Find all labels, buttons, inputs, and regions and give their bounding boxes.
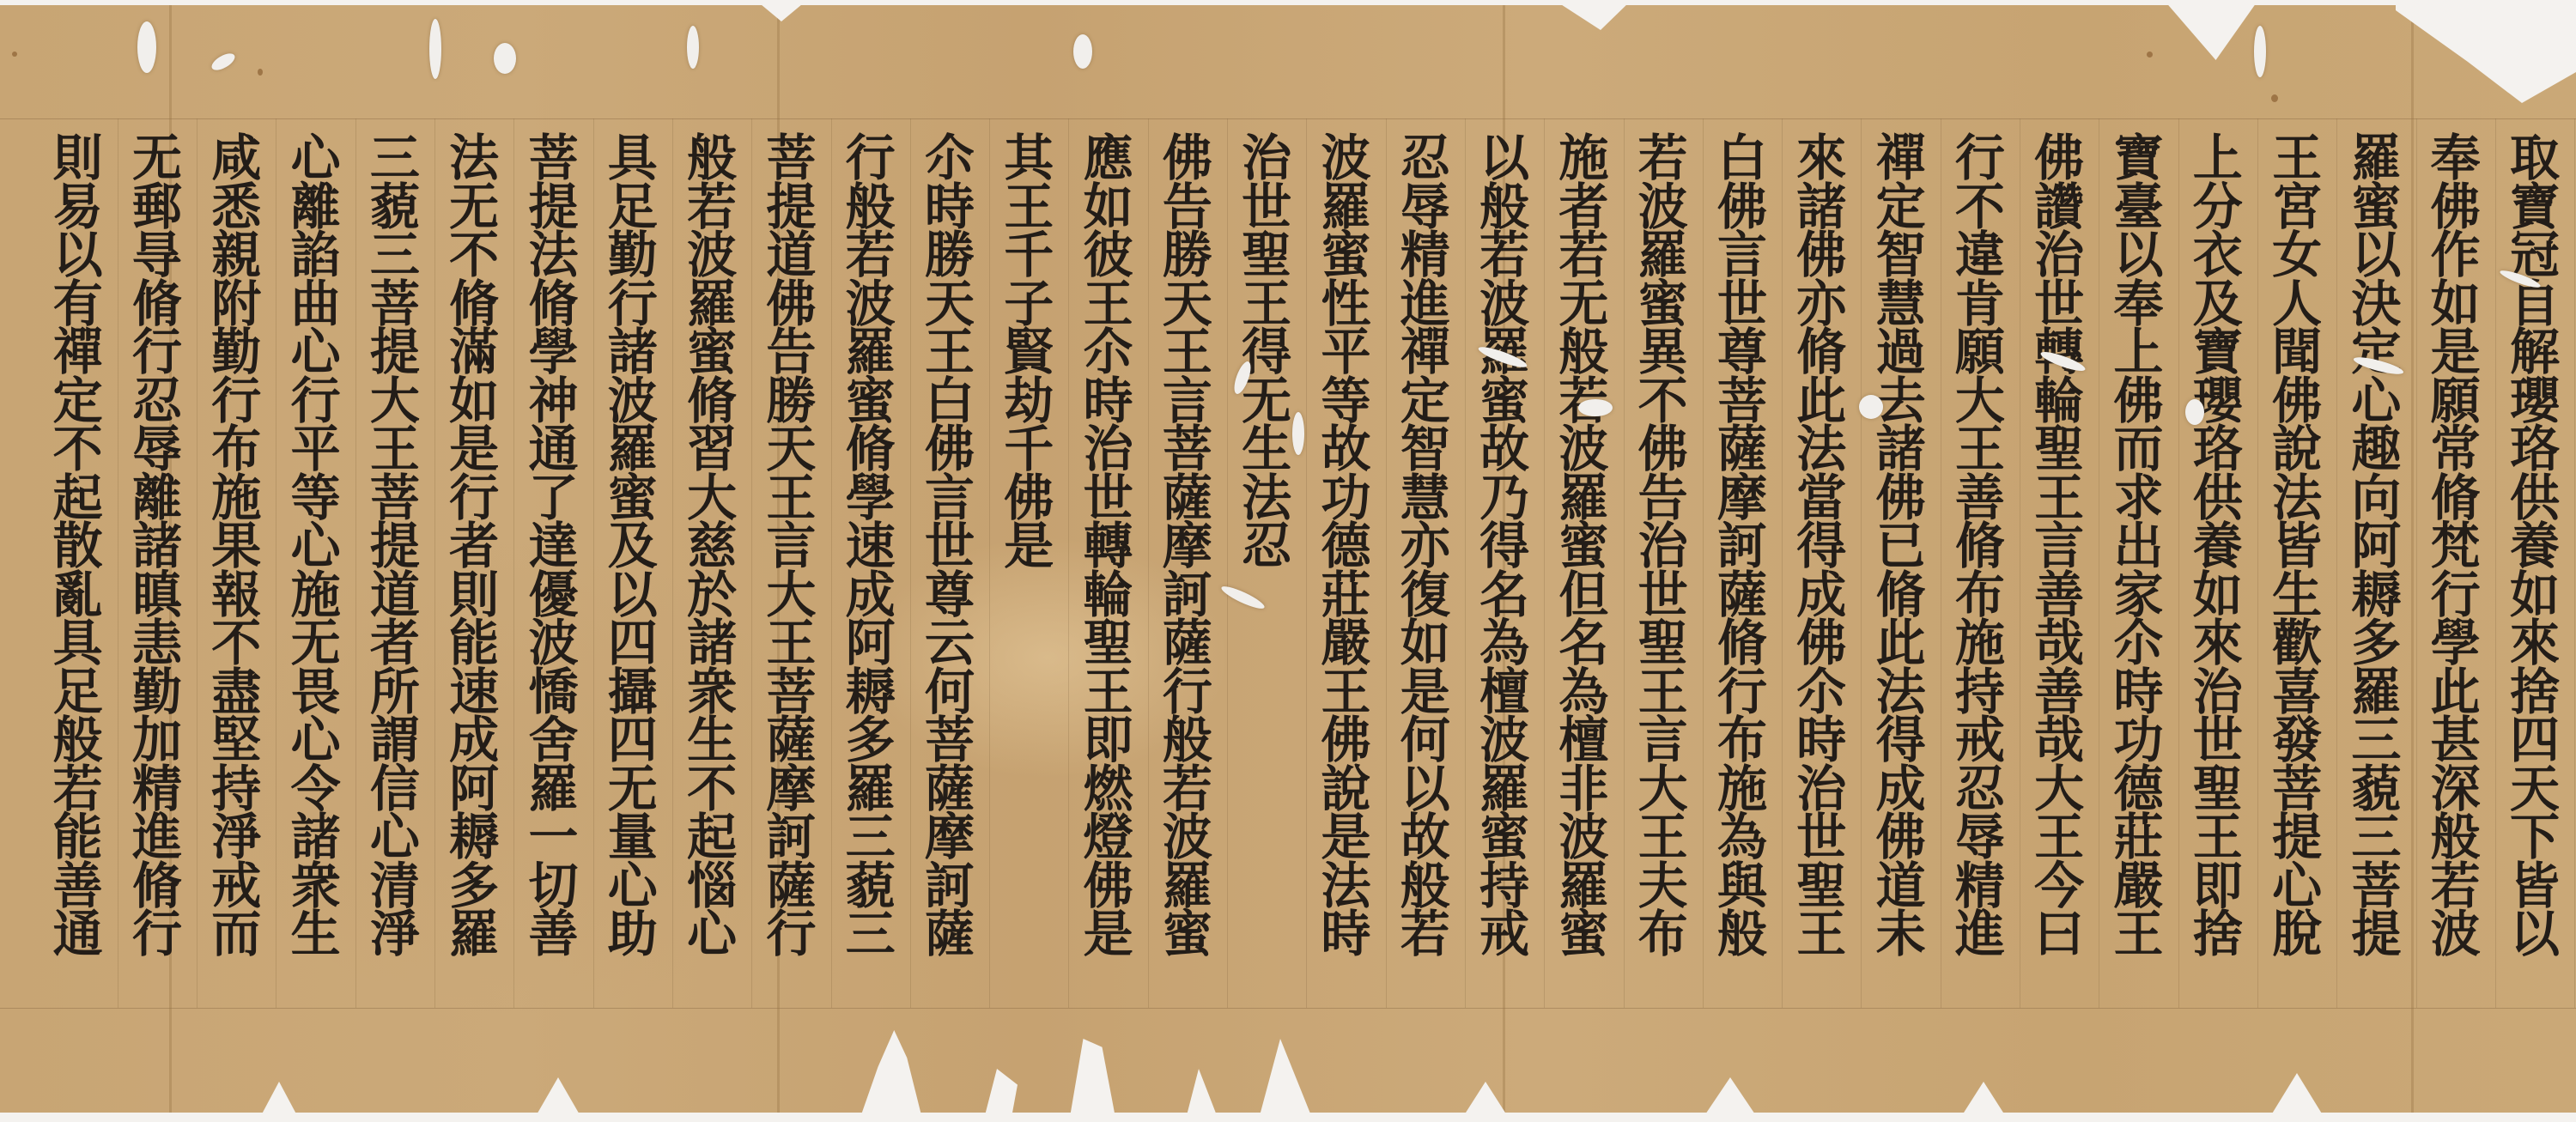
stain-spot (12, 52, 17, 57)
stain-spot (258, 69, 263, 76)
character: 千 (1004, 231, 1054, 280)
character: 佛 (1638, 425, 1688, 474)
character: 聖 (2034, 425, 2084, 474)
character: 時 (1084, 377, 1133, 426)
character: 時 (1321, 910, 1370, 959)
character: 燃 (1084, 765, 1133, 814)
text-column: 心離諂曲心行平等心施无畏心令諸衆生 (278, 134, 354, 959)
character: 千 (1004, 425, 1054, 474)
character: 畏 (291, 668, 341, 717)
character: 檀 (1479, 668, 1529, 717)
character: 尊 (925, 571, 975, 620)
character: 菩 (1163, 425, 1212, 474)
character: 宮 (2272, 183, 2322, 232)
text-column: 菩提法脩學神通了達優波憍舍羅一切善 (516, 134, 592, 959)
text-column: 无郵㝵脩行忍辱離諸瞋恚勤加精進脩行 (119, 134, 195, 959)
character: 是 (1084, 910, 1133, 959)
character: 治 (1242, 134, 1291, 183)
character: 成 (846, 571, 896, 620)
character: 平 (291, 425, 341, 474)
character: 提 (2351, 910, 2401, 959)
character: 摩 (1163, 522, 1212, 571)
character: 王 (1638, 813, 1688, 862)
character: 諸 (608, 328, 658, 377)
character: 寶 (2510, 183, 2560, 232)
column-ruling-line (2495, 118, 2496, 1008)
character: 珞 (2510, 425, 2560, 474)
character: 臺 (2113, 183, 2163, 232)
character: 无 (1558, 280, 1608, 329)
column-ruling-line (2099, 118, 2099, 1008)
character: 訶 (766, 813, 816, 862)
character: 行 (449, 474, 499, 523)
character: 告 (766, 328, 816, 377)
character: 波 (1479, 716, 1529, 765)
character: 世 (1638, 571, 1688, 620)
character: 勝 (766, 377, 816, 426)
text-column: 上分衣及寶瓔珞供養如來治世聖王即捨 (2180, 134, 2256, 959)
character: 舍 (528, 716, 578, 765)
character: 嚴 (2113, 862, 2163, 911)
character: 薩 (1163, 474, 1212, 523)
character: 菩 (370, 474, 420, 523)
character: 令 (291, 765, 341, 814)
character: 王 (2113, 910, 2163, 959)
character: 以 (53, 231, 103, 280)
text-column: 若波羅蜜異不佛告治世聖王言大王夫布 (1625, 134, 1701, 959)
text-column: 應如彼王尒時治世轉輪聖王即燃燈佛是 (1071, 134, 1146, 959)
character: 心 (291, 522, 341, 571)
character: 天 (766, 425, 816, 474)
character: 般 (53, 716, 103, 765)
character: 心 (291, 716, 341, 765)
character: 若 (1479, 231, 1529, 280)
character: 三 (2351, 716, 2401, 765)
character: 一 (528, 813, 578, 862)
character: 性 (1321, 280, 1370, 329)
character: 菩 (925, 716, 975, 765)
character: 聖 (1084, 619, 1133, 668)
character: 摩 (925, 813, 975, 862)
character: 般 (1717, 910, 1767, 959)
text-column: 奉佛作如是願常脩梵行學此甚深般若波 (2418, 134, 2494, 959)
character: 珞 (2193, 425, 2243, 474)
character: 羅 (1321, 183, 1370, 232)
character: 能 (449, 619, 499, 668)
character: 哉 (2034, 619, 2084, 668)
character: 是 (1004, 522, 1054, 571)
character: 平 (1321, 328, 1370, 377)
character: 波 (1479, 280, 1529, 329)
character: 波 (1558, 813, 1608, 862)
text-column: 寶臺以奉上佛而求出家尒時功德莊嚴王 (2101, 134, 2177, 959)
character: 德 (2113, 765, 2163, 814)
text-column: 白佛言世尊菩薩摩訶薩脩行布施為與般 (1704, 134, 1780, 959)
character: 轉 (1084, 522, 1133, 571)
character: 進 (1955, 910, 2005, 959)
character: 是 (1400, 668, 1450, 717)
character: 辱 (1400, 183, 1450, 232)
character: 如 (1400, 619, 1450, 668)
character: 薩 (766, 716, 816, 765)
worm-hole (1859, 395, 1883, 419)
character: 與 (1717, 862, 1767, 911)
character: 已 (1876, 522, 1926, 571)
text-column: 般若波羅蜜脩習大慈於諸衆生不起惱心 (674, 134, 750, 959)
character: 施 (1955, 619, 2005, 668)
character: 尒 (1796, 668, 1846, 717)
character: 大 (687, 474, 737, 523)
character: 等 (1321, 377, 1370, 426)
character: 王 (2034, 813, 2084, 862)
character: 佛 (1876, 813, 1926, 862)
character: 般 (2431, 813, 2481, 862)
character: 尊 (1717, 328, 1767, 377)
character: 慧 (1876, 280, 1926, 329)
character: 薩 (925, 910, 975, 959)
character: 學 (528, 328, 578, 377)
character: 布 (1638, 910, 1688, 959)
character: 學 (846, 474, 896, 523)
character: 羅 (528, 765, 578, 814)
character: 王 (370, 425, 420, 474)
character: 佛 (1321, 716, 1370, 765)
text-column: 則易以有禪定不起散亂具足般若能善通 (40, 134, 116, 959)
character: 王 (2193, 813, 2243, 862)
character: 聖 (2193, 765, 2243, 814)
character: 施 (1558, 134, 1608, 183)
character: 慧 (1400, 474, 1450, 523)
text-column: 咸悉親附勤行布施果報不盡堅持淨戒而 (198, 134, 274, 959)
character: 其 (1004, 134, 1054, 183)
character: 賢 (1004, 328, 1054, 377)
character: 於 (687, 571, 737, 620)
character: 衆 (291, 862, 341, 911)
column-ruling-line (1227, 118, 1228, 1008)
character: 起 (53, 474, 103, 523)
character: 治 (1638, 522, 1688, 571)
character: 羅 (608, 425, 658, 474)
character: 亂 (53, 571, 103, 620)
character: 以 (2510, 910, 2560, 959)
character: 取 (2510, 134, 2560, 183)
character: 波 (1558, 425, 1608, 474)
column-ruling-line (1544, 118, 1545, 1008)
character: 藐 (846, 862, 896, 911)
character: 輪 (1084, 571, 1133, 620)
character: 羅 (1163, 862, 1212, 911)
column-ruling-line (751, 118, 752, 1008)
character: 提 (528, 183, 578, 232)
character: 无 (291, 619, 341, 668)
character: 此 (2431, 668, 2481, 717)
character: 恚 (132, 619, 182, 668)
character: 通 (528, 425, 578, 474)
character: 佛 (925, 425, 975, 474)
character: 大 (1638, 765, 1688, 814)
character: 者 (370, 619, 420, 668)
character: 謂 (370, 716, 420, 765)
sutra-scroll-paper: 取寶冠自解瓔珞供養如來捨四天下皆以奉佛作如是願常脩梵行學此甚深般若波羅蜜以決定心… (0, 5, 2576, 1113)
character: 心 (291, 328, 341, 377)
character: 行 (608, 280, 658, 329)
character: 諸 (1876, 425, 1926, 474)
character: 告 (1163, 183, 1212, 232)
character: 若 (1163, 765, 1212, 814)
character: 若 (2431, 862, 2481, 911)
character: 歡 (2272, 619, 2322, 668)
character: 佛 (766, 280, 816, 329)
character: 違 (1955, 231, 2005, 280)
character: 過 (1876, 328, 1926, 377)
character: 脩 (1876, 571, 1926, 620)
character: 寶 (2113, 134, 2163, 183)
character: 以 (608, 571, 658, 620)
character: 彼 (1084, 231, 1133, 280)
character: 告 (1638, 474, 1688, 523)
column-ruling-line (434, 118, 435, 1008)
character: 此 (1796, 377, 1846, 426)
character: 法 (1321, 862, 1370, 911)
character: 瓔 (2510, 377, 2560, 426)
character: 時 (2113, 668, 2163, 717)
character: 憍 (528, 668, 578, 717)
character: 提 (370, 522, 420, 571)
character: 來 (1796, 134, 1846, 183)
character: 善 (528, 910, 578, 959)
character: 訶 (1717, 522, 1767, 571)
character: 聖 (1638, 619, 1688, 668)
character: 蜜 (1558, 910, 1608, 959)
character: 菩 (2272, 765, 2322, 814)
text-column: 三藐三菩提大王菩提道者所謂信心清淨 (357, 134, 433, 959)
character: 瞋 (132, 571, 182, 620)
character: 攝 (608, 668, 658, 717)
character: 莊 (1321, 571, 1370, 620)
character: 脩 (1796, 328, 1846, 377)
character: 持 (1479, 862, 1529, 911)
character: 蜜 (1558, 522, 1608, 571)
character: 天 (925, 280, 975, 329)
character: 智 (1400, 425, 1450, 474)
character: 佛 (1004, 474, 1054, 523)
column-ruling-line (1465, 118, 1466, 1008)
character: 世 (1717, 280, 1767, 329)
character: 為 (1479, 619, 1529, 668)
character: 戒 (1479, 910, 1529, 959)
character: 不 (449, 231, 499, 280)
character: 求 (2113, 474, 2163, 523)
column-ruling-line (513, 118, 514, 1008)
character: 慈 (687, 522, 737, 571)
character: 行 (1717, 668, 1767, 717)
character: 哉 (2034, 716, 2084, 765)
worm-hole (1073, 34, 1092, 69)
character: 不 (53, 425, 103, 474)
character: 燈 (1084, 813, 1133, 862)
character: 王 (1321, 668, 1370, 717)
character: 三 (846, 910, 896, 959)
character: 藐 (370, 183, 420, 232)
character: 及 (608, 522, 658, 571)
character: 无 (132, 134, 182, 183)
text-column: 治世聖王得无生法忍 (1229, 134, 1304, 571)
text-column: 來諸佛亦脩此法當得成佛尒時治世聖王 (1783, 134, 1859, 959)
stain-spot (2271, 94, 2278, 102)
character: 精 (1955, 862, 2005, 911)
character: 菩 (1717, 377, 1767, 426)
character: 大 (766, 571, 816, 620)
character: 不 (1955, 183, 2005, 232)
character: 耨 (846, 668, 896, 717)
character: 勤 (608, 231, 658, 280)
character: 即 (1084, 716, 1133, 765)
character: 心 (370, 813, 420, 862)
character: 生 (2272, 571, 2322, 620)
character: 如 (2193, 571, 2243, 620)
character: 提 (2272, 813, 2322, 862)
character: 奉 (2431, 134, 2481, 183)
column-ruling-line (989, 118, 990, 1008)
character: 世 (2034, 280, 2084, 329)
character: 禪 (53, 328, 103, 377)
character: 不 (211, 619, 261, 668)
column-ruling-line (2178, 118, 2179, 1008)
character: 薩 (1163, 619, 1212, 668)
character: 持 (1955, 668, 2005, 717)
character: 是 (449, 425, 499, 474)
character: 勤 (132, 668, 182, 717)
character: 脩 (1717, 619, 1767, 668)
character: 來 (2510, 619, 2560, 668)
text-column: 佛讚治世轉輪聖王言善哉善哉大王今曰 (2021, 134, 2097, 959)
character: 波 (528, 619, 578, 668)
character: 足 (608, 183, 658, 232)
character: 家 (2113, 571, 2163, 620)
character: 言 (1163, 377, 1212, 426)
character: 優 (528, 571, 578, 620)
character: 蜜 (846, 377, 896, 426)
character: 智 (1876, 231, 1926, 280)
character: 善 (1955, 474, 2005, 523)
character: 報 (211, 571, 261, 620)
character: 捨 (2510, 668, 2560, 717)
character: 施 (291, 571, 341, 620)
character: 心 (291, 134, 341, 183)
character: 脫 (2272, 910, 2322, 959)
character: 佛 (1796, 231, 1846, 280)
character: 德 (1321, 522, 1370, 571)
character: 輪 (2034, 377, 2084, 426)
character: 解 (2510, 328, 2560, 377)
character: 進 (132, 813, 182, 862)
character: 佛 (2113, 377, 2163, 426)
column-ruling-line (1703, 118, 1704, 1008)
column-ruling-line (1782, 118, 1783, 1008)
character: 尒 (925, 134, 975, 183)
character: 乃 (1479, 474, 1529, 523)
column-ruling-line (1861, 118, 1862, 1008)
character: 般 (1479, 183, 1529, 232)
character: 王 (1242, 280, 1291, 329)
character: 多 (2351, 619, 2401, 668)
character: 故 (1321, 425, 1370, 474)
character: 大 (1955, 377, 2005, 426)
character: 薩 (925, 765, 975, 814)
character: 尒 (2113, 619, 2163, 668)
character: 成 (1876, 765, 1926, 814)
character: 般 (1400, 862, 1450, 911)
worm-hole (1292, 412, 1304, 455)
character: 悉 (211, 183, 261, 232)
character: 衣 (2193, 231, 2243, 280)
character: 速 (846, 522, 896, 571)
character: 及 (2193, 280, 2243, 329)
character: 布 (1955, 571, 2005, 620)
column-ruling-line (593, 118, 594, 1008)
character: 肯 (1955, 280, 2005, 329)
character: 出 (2113, 522, 2163, 571)
character: 諂 (291, 231, 341, 280)
character: 未 (1876, 910, 1926, 959)
character: 人 (2272, 280, 2322, 329)
character: 佛 (1796, 619, 1846, 668)
character: 捨 (2193, 910, 2243, 959)
character: 善 (2034, 571, 2084, 620)
character: 檀 (1558, 716, 1608, 765)
character: 言 (1638, 716, 1688, 765)
character: 如 (1084, 183, 1133, 232)
character: 學 (2431, 619, 2481, 668)
character: 尒 (1084, 328, 1133, 377)
character: 曲 (291, 280, 341, 329)
character: 耨 (449, 813, 499, 862)
worm-hole (1578, 399, 1613, 416)
character: 㝵 (132, 231, 182, 280)
text-column: 王宮女人聞佛說法皆生歡喜發菩提心脫 (2259, 134, 2335, 959)
character: 即 (2193, 862, 2243, 911)
character: 持 (211, 765, 261, 814)
character: 波 (1163, 813, 1212, 862)
character: 若 (1558, 231, 1608, 280)
character: 羅 (1558, 474, 1608, 523)
character: 得 (1876, 716, 1926, 765)
character: 天 (1163, 280, 1212, 329)
character: 般 (687, 134, 737, 183)
character: 讚 (2034, 183, 2084, 232)
character: 白 (1717, 134, 1767, 183)
column-ruling-line (276, 118, 276, 1008)
character: 趣 (2351, 425, 2401, 474)
character: 如 (2431, 280, 2481, 329)
character: 當 (1796, 474, 1846, 523)
character: 世 (2193, 716, 2243, 765)
column-ruling-line (2574, 118, 2575, 1008)
text-column: 行般若波羅蜜脩學速成阿耨多羅三藐三 (833, 134, 908, 959)
character: 成 (1796, 571, 1846, 620)
character: 羅 (1479, 765, 1529, 814)
character: 菩 (2351, 862, 2401, 911)
character: 王 (2272, 134, 2322, 183)
character: 淨 (370, 910, 420, 959)
character: 嚴 (1321, 619, 1370, 668)
character: 禪 (1876, 134, 1926, 183)
character: 薩 (1717, 425, 1767, 474)
character: 菩 (528, 134, 578, 183)
character: 甚 (2431, 716, 2481, 765)
character: 決 (2351, 280, 2401, 329)
character: 養 (2510, 522, 2560, 571)
